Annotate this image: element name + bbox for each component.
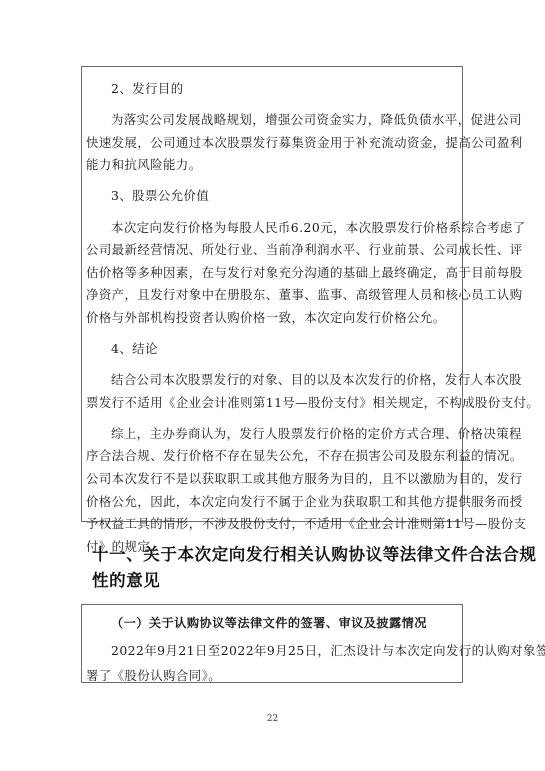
summary-overlay xyxy=(81,66,463,522)
section-heading-line2: 性的意见 xyxy=(92,567,160,591)
paragraph-line: 2022年9月21日至2022年9月25日，汇杰设计与本次定向发行的认购对象签 xyxy=(86,637,458,664)
subsection-title: （一）关于认购协议等法律文件的签署、审议及披露情况 xyxy=(86,610,458,637)
opinion-box-agreements: （一）关于认购协议等法律文件的签署、审议及披露情况 2022年9月21日至202… xyxy=(81,604,463,683)
paragraph-line: 署了《股份认购合同》。 xyxy=(86,662,458,689)
page-number: 22 xyxy=(0,714,545,724)
section-heading-line1: 十一、关于本次定向发行相关认购协议等法律文件合法合规 xyxy=(92,541,537,565)
